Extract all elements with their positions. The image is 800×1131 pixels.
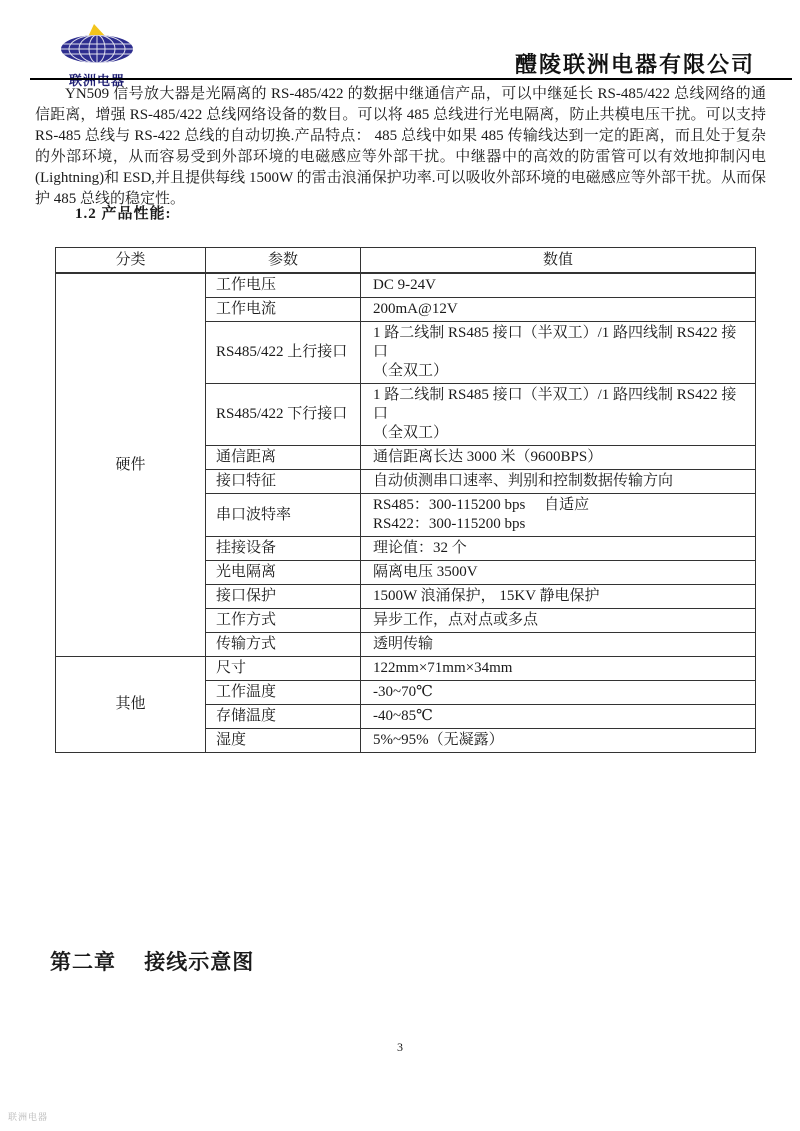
globe-logo-icon: [58, 24, 136, 64]
parameter-cell: RS485/422 上行接口: [206, 322, 361, 384]
value-cell: 透明传输: [361, 633, 756, 657]
intro-paragraph: YN509 信号放大器是光隔离的 RS-485/422 的数据中继通信产品，可以…: [35, 84, 766, 210]
parameter-cell: 工作温度: [206, 681, 361, 705]
table-header-row: 分类 参数 数值: [56, 248, 756, 274]
value-cell: DC 9-24V: [361, 273, 756, 298]
value-cell: 异步工作，点对点或多点: [361, 609, 756, 633]
parameter-cell: 尺寸: [206, 657, 361, 681]
value-cell: RS485：300-115200 bps 自适应 RS422：300-11520…: [361, 494, 756, 537]
parameter-cell: 挂接设备: [206, 537, 361, 561]
value-cell: -40~85℃: [361, 705, 756, 729]
value-cell: 理论值：32 个: [361, 537, 756, 561]
col-header-parameter: 参数: [206, 248, 361, 274]
parameter-cell: 工作电流: [206, 298, 361, 322]
col-header-category: 分类: [56, 248, 206, 274]
header-divider: [30, 78, 792, 80]
value-cell: 200mA@12V: [361, 298, 756, 322]
parameter-cell: 光电隔离: [206, 561, 361, 585]
value-cell: 1500W 浪涌保护， 15KV 静电保护: [361, 585, 756, 609]
value-cell: 5%~95%（无凝露）: [361, 729, 756, 753]
value-cell: 1 路二线制 RS485 接口（半双工）/1 路四线制 RS422 接口 （全双…: [361, 322, 756, 384]
parameter-cell: RS485/422 下行接口: [206, 384, 361, 446]
corner-watermark: 联洲电器: [8, 1110, 48, 1123]
category-cell: 硬件: [56, 273, 206, 657]
parameter-cell: 串口波特率: [206, 494, 361, 537]
company-name: 醴陵联洲电器有限公司: [515, 48, 755, 79]
parameter-cell: 湿度: [206, 729, 361, 753]
parameter-cell: 工作电压: [206, 273, 361, 298]
parameter-cell: 存储温度: [206, 705, 361, 729]
parameter-cell: 传输方式: [206, 633, 361, 657]
section-heading: 1.2 产品性能:: [75, 202, 172, 223]
page-number: 3: [0, 1040, 800, 1055]
parameter-cell: 接口保护: [206, 585, 361, 609]
value-cell: 1 路二线制 RS485 接口（半双工）/1 路四线制 RS422 接口 （全双…: [361, 384, 756, 446]
table-row: 硬件工作电压DC 9-24V: [56, 273, 756, 298]
value-cell: 122mm×71mm×34mm: [361, 657, 756, 681]
col-header-value: 数值: [361, 248, 756, 274]
value-cell: 自动侦测串口速率、判别和控制数据传输方向: [361, 470, 756, 494]
value-cell: -30~70℃: [361, 681, 756, 705]
value-cell: 隔离电压 3500V: [361, 561, 756, 585]
spec-table: 分类 参数 数值 硬件工作电压DC 9-24V工作电流200mA@12VRS48…: [55, 247, 756, 753]
chapter-heading: 第二章 接线示意图: [50, 946, 254, 976]
parameter-cell: 通信距离: [206, 446, 361, 470]
parameter-cell: 工作方式: [206, 609, 361, 633]
value-cell: 通信距离长达 3000 米（9600BPS）: [361, 446, 756, 470]
category-cell: 其他: [56, 657, 206, 753]
parameter-cell: 接口特征: [206, 470, 361, 494]
table-row: 其他尺寸122mm×71mm×34mm: [56, 657, 756, 681]
manual-page: 联洲电器 醴陵联洲电器有限公司 YN509 信号放大器是光隔离的 RS-485/…: [0, 0, 800, 1131]
